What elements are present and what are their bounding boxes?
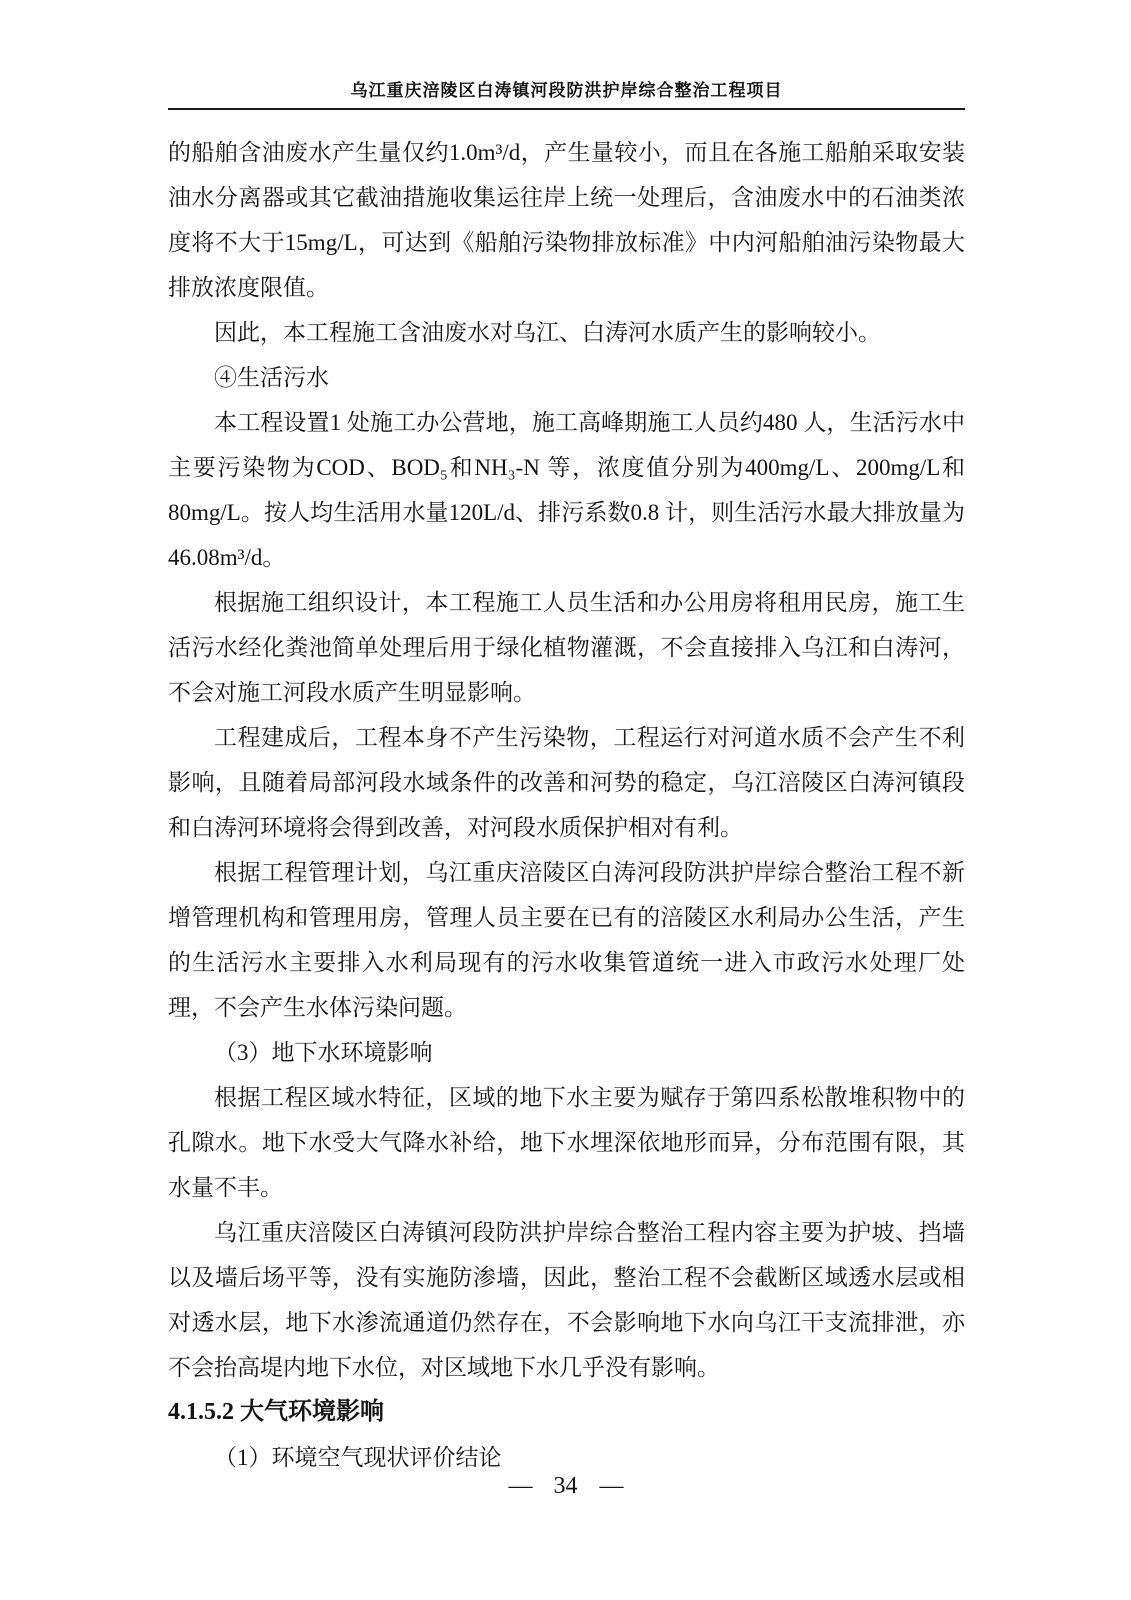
list-item-heading: ④生活污水 (168, 355, 965, 400)
footer-dash-right: — (600, 1466, 623, 1506)
page-footer: — 34 — (0, 1466, 1131, 1506)
paragraph: 根据施工组织设计，本工程施工人员生活和办公用房将租用民房，施工生活污水经化粪池简… (168, 580, 965, 715)
paragraph: 根据工程管理计划，乌江重庆涪陵区白涛河段防洪护岸综合整治工程不新增管理机构和管理… (168, 850, 965, 1030)
paragraph: 本工程设置1 处施工办公营地，施工高峰期施工人员约480 人，生活污水中主要污染… (168, 400, 965, 580)
page-number: 34 (554, 1466, 578, 1506)
paragraph: 根据工程区域水特征，区域的地下水主要为赋存于第四系松散堆积物中的孔隙水。地下水受… (168, 1075, 965, 1210)
document-page: 乌江重庆涪陵区白涛镇河段防洪护岸综合整治工程项目 的船舶含油废水产生量仅约1.0… (0, 0, 1131, 1600)
section-heading: 4.1.5.2 大气环境影响 (168, 1390, 965, 1435)
footer-dash-left: — (509, 1466, 532, 1506)
paragraph: 的船舶含油废水产生量仅约1.0m³/d，产生量较小，而且在各施工船舶采取安装油水… (168, 130, 965, 310)
running-head-title: 乌江重庆涪陵区白涛镇河段防洪护岸综合整治工程项目 (351, 81, 783, 100)
list-item-heading: （3）地下水环境影响 (168, 1030, 965, 1075)
paragraph: 工程建成后，工程本身不产生污染物，工程运行对河道水质不会产生不利影响，且随着局部… (168, 715, 965, 850)
page-header: 乌江重庆涪陵区白涛镇河段防洪护岸综合整治工程项目 (168, 0, 965, 110)
document-body: 的船舶含油废水产生量仅约1.0m³/d，产生量较小，而且在各施工船舶采取安装油水… (168, 110, 965, 1480)
paragraph: 因此，本工程施工含油废水对乌江、白涛河水质产生的影响较小。 (168, 310, 965, 355)
paragraph: 乌江重庆涪陵区白涛镇河段防洪护岸综合整治工程内容主要为护坡、挡墙以及墙后场平等，… (168, 1210, 965, 1390)
